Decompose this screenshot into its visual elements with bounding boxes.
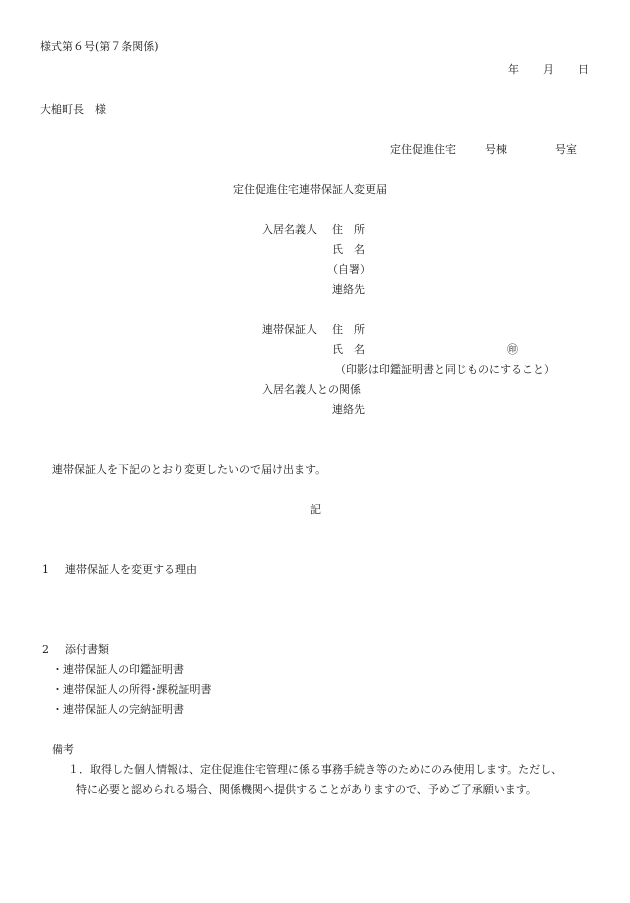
tenant-signature-label: （自署） xyxy=(327,264,371,275)
item-1-number: 1 xyxy=(42,564,49,575)
guarantor-address-label: 住 所 xyxy=(332,324,365,335)
seal-note: （印影は印鑑証明書と同じものにすること） xyxy=(335,364,555,375)
remark-1-number: １． xyxy=(68,764,90,775)
remark-1-line-2: 特に必要と認められる場合、関係機関へ提供することがありますので、予めご了承願いま… xyxy=(76,784,537,795)
guarantor-contact-label: 連絡先 xyxy=(332,404,365,415)
tenant-address-label: 住 所 xyxy=(332,224,365,235)
remarks-heading: 備考 xyxy=(52,744,74,755)
guarantor-name-label: 氏 名 xyxy=(332,344,365,355)
relationship-label: 入居名義人との関係 xyxy=(262,384,361,395)
document-title: 定住促進住宅連帯保証人変更届 xyxy=(233,184,387,195)
declaration-text: 連帯保証人を下記のとおり変更したいので届け出ます。 xyxy=(52,464,326,475)
date-year-label: 年 xyxy=(508,64,519,75)
date-month-label: 月 xyxy=(543,64,554,75)
seal-mark-icon: ㊞ xyxy=(507,344,518,355)
item-2-label: 添付書類 xyxy=(65,644,109,655)
tenant-name-label: 氏 名 xyxy=(332,244,365,255)
tenant-contact-label: 連絡先 xyxy=(332,284,365,295)
guarantor-label: 連帯保証人 xyxy=(262,324,317,335)
addressee: 大槌町長 様 xyxy=(40,104,106,115)
tenant-label: 入居名義人 xyxy=(262,224,317,235)
building-number-label: 号棟 xyxy=(485,144,507,155)
form-number: 様式第６号(第７条関係) xyxy=(40,41,159,52)
item-2-number: 2 xyxy=(42,644,49,655)
attachment-item: ・連帯保証人の完納証明書 xyxy=(52,704,184,715)
attachment-item: ・連帯保証人の印鑑証明書 xyxy=(52,664,184,675)
housing-name: 定住促進住宅 xyxy=(390,144,456,155)
date-day-label: 日 xyxy=(578,64,589,75)
item-1-label: 連帯保証人を変更する理由 xyxy=(65,564,197,575)
attachment-item: ・連帯保証人の所得･課税証明書 xyxy=(52,684,212,695)
room-number-label: 号室 xyxy=(555,144,577,155)
remark-1-line-1: 取得した個人情報は、定住促進住宅管理に係る事務手続き等のためにのみ使用します。た… xyxy=(90,764,562,775)
ki-label: 記 xyxy=(310,504,321,515)
